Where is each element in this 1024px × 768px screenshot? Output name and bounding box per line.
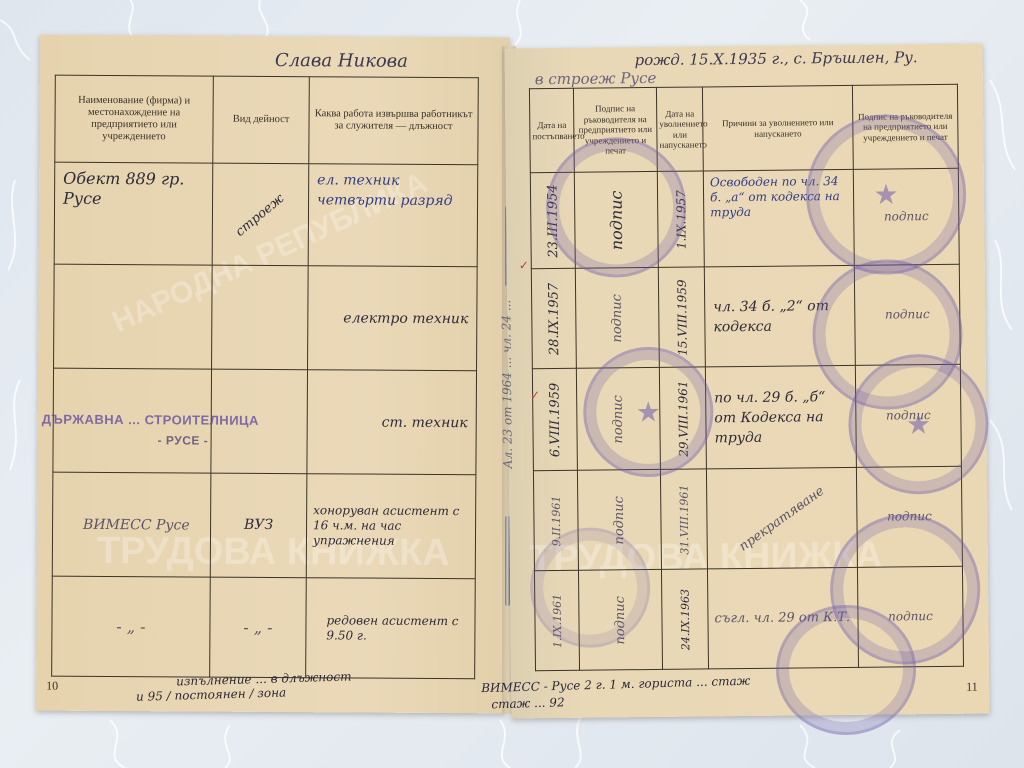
page-number-right: 11 — [966, 680, 978, 695]
owner-name-note: Слава Никова — [275, 50, 408, 72]
employment-table-right: Дата на постъпването Подпис на ръководит… — [529, 84, 964, 671]
header-reason: Причини за уволнението или напускането — [702, 85, 853, 171]
right-page: ТРУДОВА КНИЖКА рожд. 15.X.1935 г., с. Бр… — [505, 44, 990, 719]
leave-date-cell: 1.IX.1957 — [673, 190, 688, 249]
reason-cell: Освободен по чл. 34 б. „а“ от кодекса на… — [704, 170, 854, 225]
organization-stamp-city: - РУСЕ - — [158, 433, 209, 447]
hire-signature-cell: подпис — [612, 496, 628, 545]
header-activity: Вид дейност — [213, 76, 310, 164]
footnote-right-line1: ВИМЕСС - Русе 2 г. 1 м. гориста ... стаж — [481, 674, 750, 696]
employment-table-left: Наименование (фирма) и местонахождение н… — [51, 75, 479, 680]
open-labor-book: НАРОДНА РЕПУБЛИКА ТРУДОВА КНИЖКА Слава Н… — [38, 36, 988, 716]
reason-cell: чл. 34 б. „2“ от кодекса — [705, 289, 855, 343]
position-cell: редовен асистент с 9.50 г. — [306, 609, 474, 648]
leave-signature-cell: подпис — [856, 404, 960, 428]
table-row: 9.II.1961 подпис 31.VIII.1961 прекратява… — [533, 466, 962, 570]
leave-date-cell: 29.VIII.1961 — [675, 380, 690, 456]
red-check-mark: ✓ — [530, 388, 540, 402]
workplace-note: в строеж Русе — [535, 69, 657, 88]
header-hire-date: Дата на постъпването — [529, 88, 574, 172]
company-cell: Обект 889 гр. Русе — [55, 163, 212, 216]
header-company: Наименование (фирма) и местонахождение н… — [55, 75, 214, 163]
hire-date-cell: 9.II.1961 — [549, 495, 563, 546]
activity-cell — [212, 265, 309, 370]
header-hire-signature: Подпис на ръководителя на предприятието … — [573, 87, 657, 172]
birth-note: рожд. 15.X.1935 г., с. Бръшлен, Ру. — [635, 48, 918, 69]
position-cell: електро техник — [308, 302, 476, 335]
leave-signature-cell: подпис — [858, 605, 962, 629]
table-row: 23.III.1954 подпис 1.IX.1957 Освободен п… — [530, 168, 959, 268]
activity-cell: строеж — [233, 191, 287, 240]
reason-cell: по чл. 29 б. „б“ от Кодекса на труда — [706, 380, 856, 454]
hire-signature-cell: подпис — [606, 190, 626, 250]
leave-date-cell: 15.VIII.1959 — [674, 279, 689, 355]
hire-date-cell: 6.VIII.1959 — [547, 382, 563, 457]
position-cell: хоноруван асистент с 16 ч.м. на час упра… — [307, 499, 475, 553]
leave-date-cell: 24.IX.1963 — [678, 589, 692, 650]
header-position: Каква работа извършва работникът за служ… — [309, 77, 479, 165]
header-leave-date: Дата на уволнението или напускането — [656, 87, 703, 171]
hire-date-cell: 28.IX.1957 — [546, 282, 562, 354]
activity-cell: ВУЗ — [211, 514, 306, 538]
position-cell: ст. техник — [308, 406, 476, 439]
leave-date-cell: 31.VIII.1961 — [677, 484, 691, 554]
table-row: 1.IX.1961 подпис 24.IX.1963 съгл. чл. 29… — [534, 566, 963, 670]
hire-date-cell: 23.III.1954 — [545, 184, 561, 257]
company-cell: ВИМЕСС Русе — [53, 508, 210, 541]
table-row: - „ - - „ - редовен асистент с 9.50 г. — [52, 576, 476, 679]
reason-cell: прекратяване — [737, 483, 828, 554]
margin-note: Ал. 23 от 1964 ... чл. 24 ... — [499, 300, 515, 469]
position-cell: ел. техник четвърти разряд — [309, 164, 477, 217]
activity-cell: - „ - — [210, 611, 305, 644]
red-check-mark: ✓ — [519, 258, 529, 272]
hire-date-cell: 1.IX.1961 — [550, 593, 564, 647]
footnote-right-line2: стаж ... 92 — [491, 695, 565, 711]
organization-stamp: ДЪРЖАВНА ... СТРОИТЕЛНИЦА — [42, 412, 259, 428]
hire-signature-cell: подпис — [611, 395, 627, 444]
page-number-left: 10 — [46, 679, 58, 694]
reason-cell: съгл. чл. 29 от К.Т. — [708, 606, 857, 631]
hire-signature-cell: подпис — [610, 294, 626, 343]
leave-signature-cell: подпис — [855, 303, 959, 327]
company-cell: - „ - — [52, 610, 209, 643]
table-row: Обект 889 гр. Русе строеж ел. техник чет… — [54, 162, 478, 267]
leave-signature-cell: подпис — [854, 205, 958, 229]
hire-signature-cell: подпис — [613, 596, 629, 645]
table-row: 28.IX.1957 подпис 15.VIII.1959 чл. 34 б.… — [531, 264, 960, 368]
table-row: ВИМЕСС Русе ВУЗ хоноруван асистент с 16 … — [52, 472, 476, 579]
left-page: НАРОДНА РЕПУБЛИКА ТРУДОВА КНИЖКА Слава Н… — [36, 35, 510, 714]
footnote-left-line2: и 95 / постоянен / зона — [136, 685, 286, 703]
table-row: 6.VIII.1959 подпис 29.VIII.1961 по чл. 2… — [532, 364, 961, 470]
header-leave-signature: Подпис на ръководителя на предприятието … — [852, 84, 958, 169]
table-row: електро техник — [54, 264, 478, 371]
company-cell — [54, 264, 213, 369]
leave-signature-cell: подпис — [857, 505, 961, 529]
